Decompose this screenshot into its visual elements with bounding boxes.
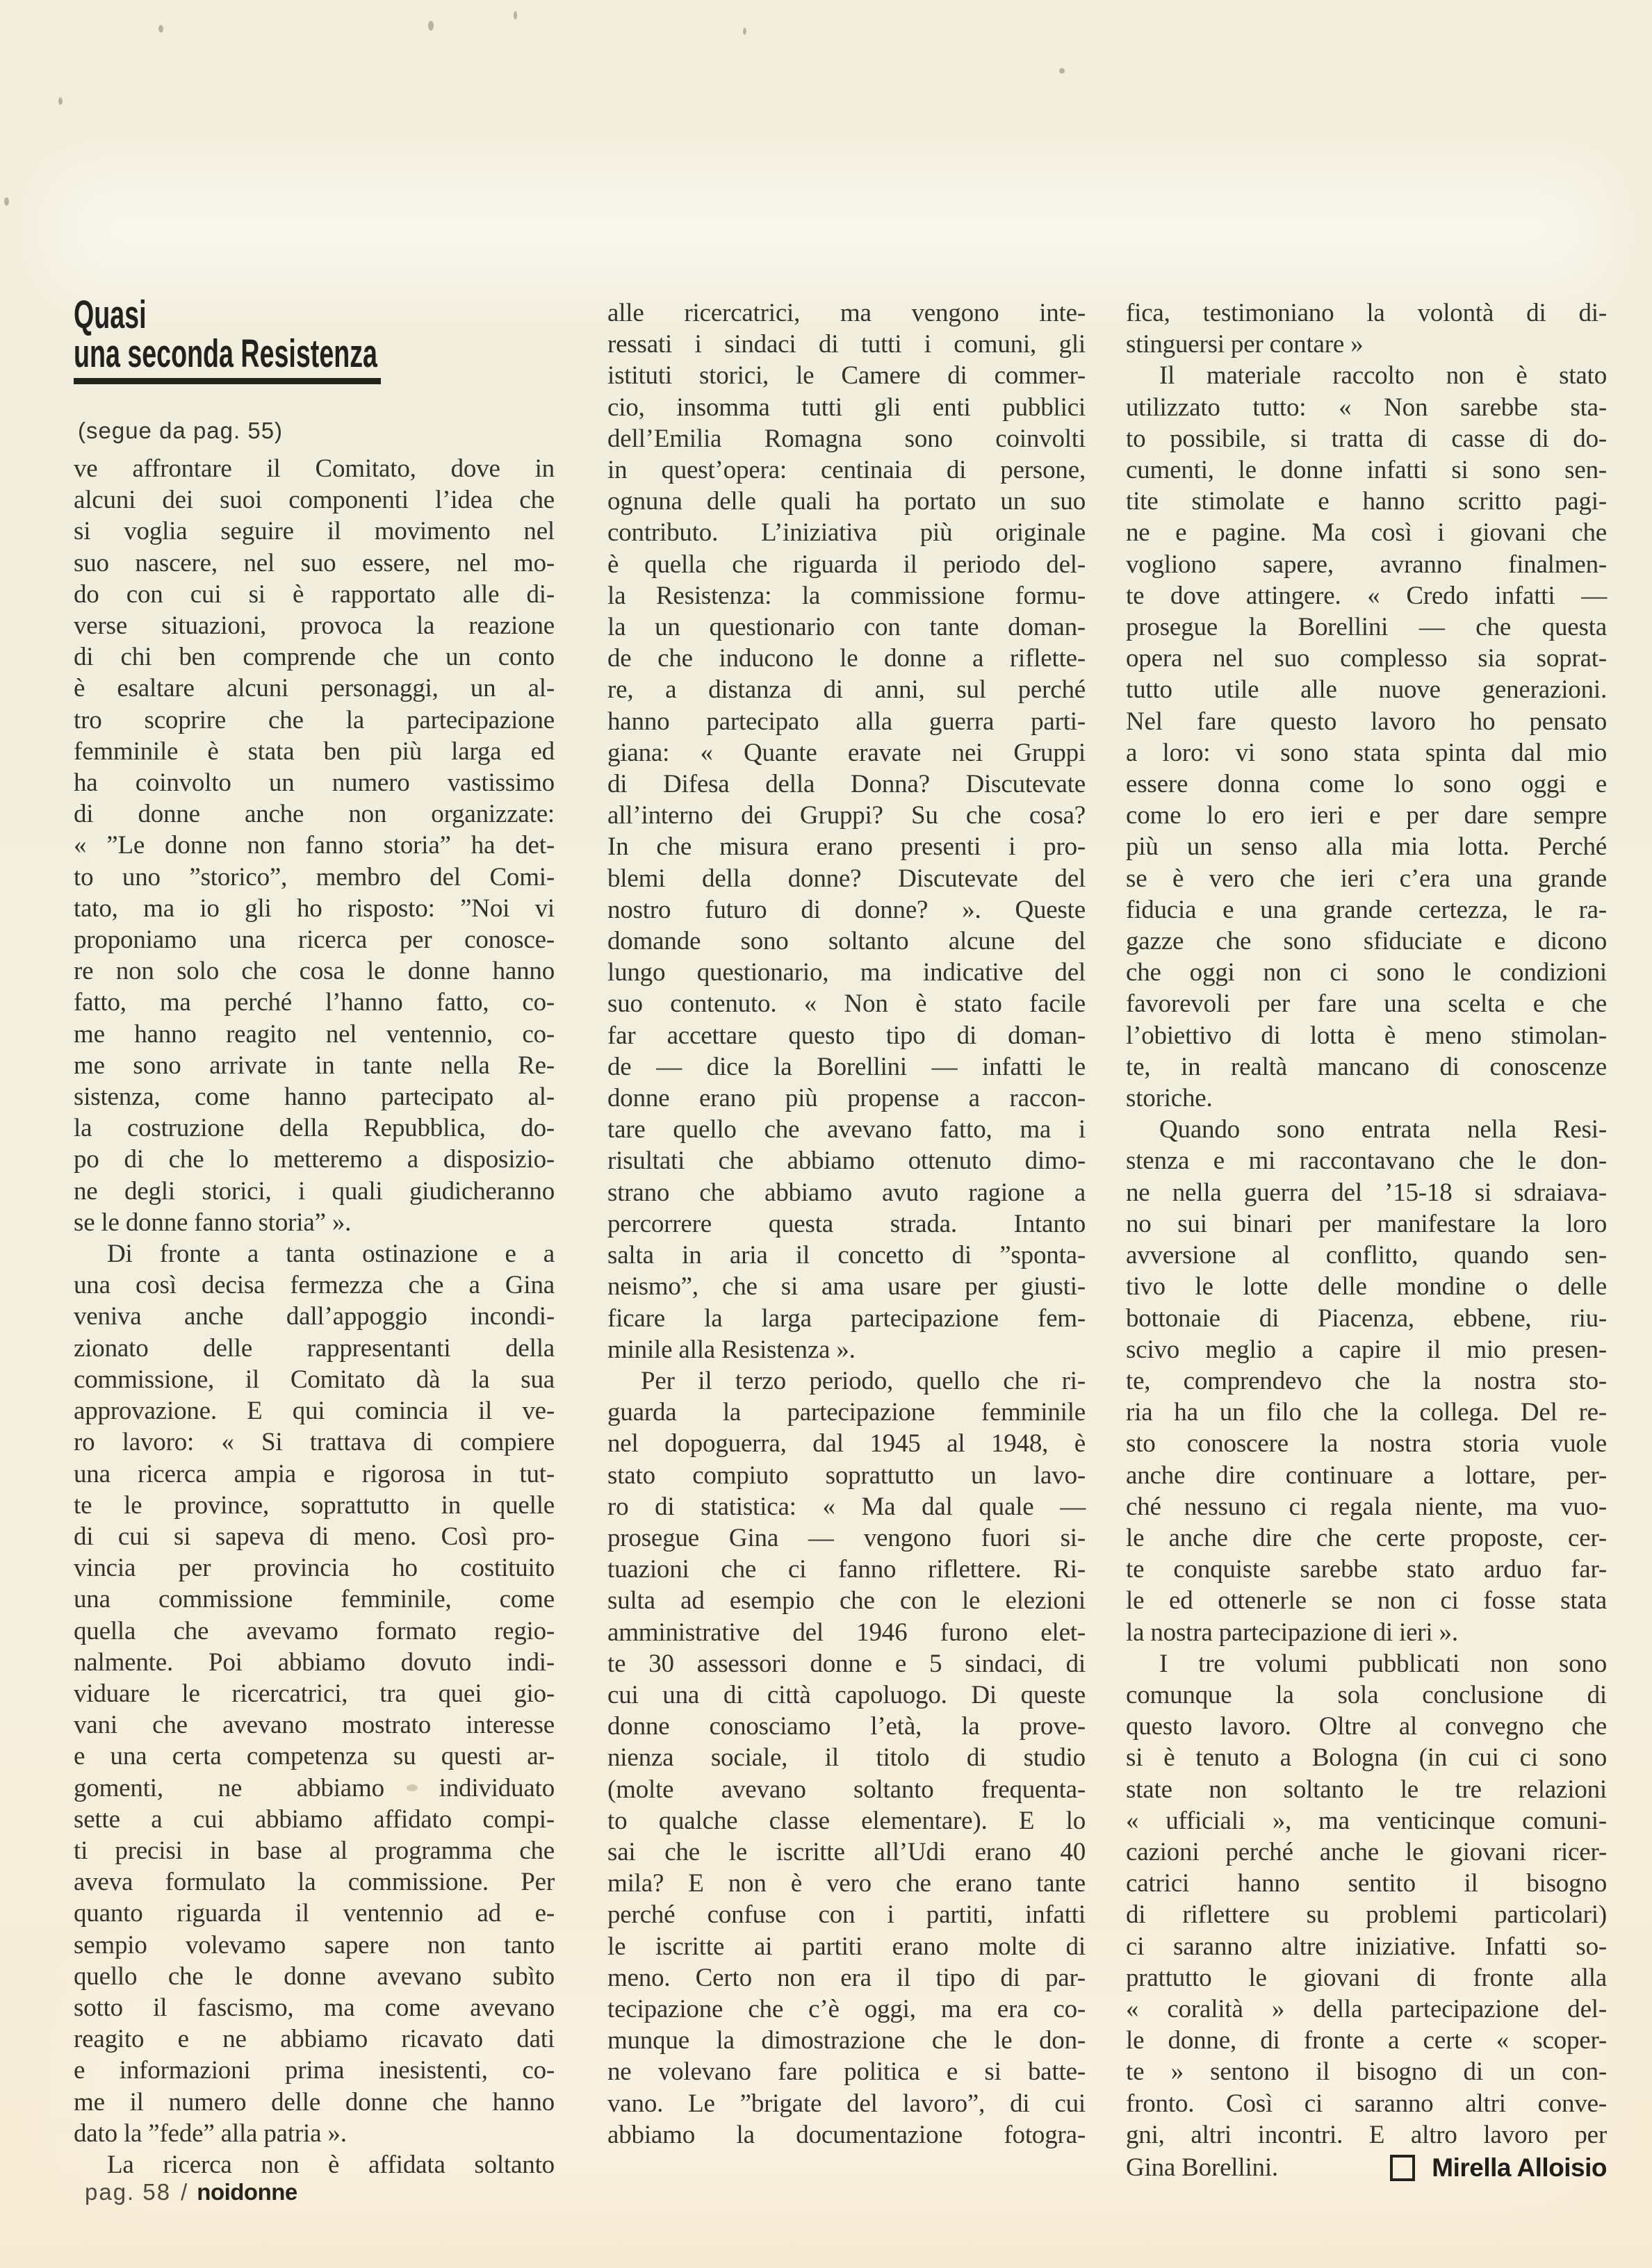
- text-line: ro di statistica: « Ma dal quale —: [607, 1491, 1086, 1522]
- text-line: te » sentono il bisogno di un con-: [1126, 2056, 1607, 2087]
- text-line: sulta ad esempio che con le elezioni: [607, 1585, 1086, 1616]
- text-line: te conquiste sarebbe stato arduo far-: [1126, 1554, 1607, 1585]
- text-line: sto conoscere la nostra storia vuole: [1126, 1428, 1607, 1459]
- text-line: si voglia seguire il movimento nel: [74, 516, 555, 547]
- text-line: dato la ”fede” alla patria ».: [74, 2118, 555, 2149]
- text-line: di cui si sapeva di meno. Così pro-: [74, 1521, 555, 1552]
- text-line: le anche dire che certe proposte, cer-: [1126, 1522, 1607, 1554]
- paper-speck: [514, 11, 517, 19]
- text-line: to uno ”storico”, membro del Comi-: [74, 862, 555, 893]
- text-line: ficare la larga partecipazione fem-: [607, 1303, 1086, 1334]
- text-line: « ”Le donne non fanno storia” ha det-: [74, 830, 555, 861]
- text-line: cio, insomma tutti gli enti pubblici: [607, 392, 1086, 423]
- text-line: cui una di città capoluogo. Di queste: [607, 1679, 1086, 1711]
- text-line: prosegue la Borellini — che questa: [1126, 611, 1607, 643]
- text-line: vogliono sapere, avranno finalmen-: [1126, 549, 1607, 580]
- text-line: cumenti, le donne infatti si sono sen-: [1126, 454, 1607, 486]
- text-line: favorevoli per fare una scelta e che: [1126, 988, 1607, 1019]
- page-footer: pag. 58 / noidonne: [85, 2179, 297, 2205]
- text-line: La ricerca non è affidata soltanto: [74, 2149, 555, 2180]
- text-line: in quest’opera: centinaia di persone,: [607, 454, 1086, 486]
- text-line: zionato delle rappresentanti della: [74, 1333, 555, 1364]
- text-line: fica, testimoniano la volontà di di-: [1126, 297, 1607, 329]
- text-line: verse situazioni, provoca la reazione: [74, 610, 555, 641]
- text-line: Il materiale raccolto non è stato: [1126, 360, 1607, 391]
- article-title-line1: Quasi: [74, 295, 377, 334]
- text-line: « ufficiali », ma venticinque comuni-: [1126, 1805, 1607, 1836]
- text-line: storiche.: [1126, 1083, 1607, 1114]
- article-title-line2: una seconda Resistenza: [74, 334, 377, 373]
- text-line: se le donne fanno storia” ».: [74, 1207, 555, 1238]
- text-line: bottonaie di Piacenza, ebbene, riu-: [1126, 1303, 1607, 1334]
- text-line: la nostra partecipazione di ieri ».: [1126, 1617, 1607, 1648]
- text-line: stato compiuto soprattutto un lavo-: [607, 1460, 1086, 1491]
- text-line: risultati che abbiamo ottenuto dimo-: [607, 1145, 1086, 1176]
- text-line: una ricerca ampia e rigorosa in tut-: [74, 1458, 555, 1490]
- paper-speck: [58, 97, 63, 105]
- text-line: suo contenuto. « Non è stato facile: [607, 988, 1086, 1019]
- text-line: contributo. L’iniziativa più originale: [607, 517, 1086, 548]
- text-line: l’obiettivo di lotta è meno stimolan-: [1126, 1020, 1607, 1051]
- text-line: me hanno reagito nel ventennio, co-: [74, 1019, 555, 1050]
- text-line: cazioni perché anche le giovani ricer-: [1126, 1836, 1607, 1868]
- text-line: all’interno dei Gruppi? Su che cosa?: [607, 800, 1086, 831]
- text-line: scivo meglio a capire il mio presen-: [1126, 1334, 1607, 1365]
- text-line: comunque la sola conclusione di: [1126, 1679, 1607, 1711]
- text-line: catrici hanno sentito il bisogno: [1126, 1868, 1607, 1899]
- text-line: percorrere questa strada. Intanto: [607, 1208, 1086, 1240]
- text-line: si è tenuto a Bologna (in cui ci sono: [1126, 1742, 1607, 1773]
- text-line: minile alla Resistenza ».: [607, 1334, 1086, 1365]
- text-line: sette a cui abbiamo affidato compi-: [74, 1804, 555, 1835]
- text-line: mila? E non è vero che erano tante: [607, 1868, 1086, 1899]
- text-line: giana: « Quante eravate nei Gruppi: [607, 737, 1086, 769]
- text-line: alcuni dei suoi componenti l’idea che: [74, 484, 555, 516]
- title-underline-rule: [74, 378, 381, 384]
- text-line: de che inducono le donne a riflette-: [607, 643, 1086, 674]
- text-line: te, comprendevo che la nostra sto-: [1126, 1365, 1607, 1397]
- text-line: questo lavoro. Oltre al convegno che: [1126, 1711, 1607, 1742]
- text-line: te dove attingere. « Credo infatti —: [1126, 580, 1607, 611]
- text-line: re, a distanza di anni, sul perché: [607, 674, 1086, 705]
- text-line: strano che abbiamo avuto ragione a: [607, 1177, 1086, 1208]
- text-column-3: fica, testimoniano la volontà di di-stin…: [1126, 297, 1607, 2184]
- text-line: ché nessuno ci regala niente, ma vuo-: [1126, 1491, 1607, 1522]
- text-line: munque la dimostrazione che le don-: [607, 2025, 1086, 2056]
- text-line: to qualche classe elementare). E lo: [607, 1805, 1086, 1836]
- text-line: ressati i sindaci di tutti i comuni, gli: [607, 329, 1086, 360]
- text-line: perché confuse con i partiti, infatti: [607, 1899, 1086, 1930]
- text-line: è quella che riguarda il periodo del-: [607, 549, 1086, 580]
- text-line: abbiamo la documentazione fotogra-: [607, 2119, 1086, 2151]
- text-line: utilizzato tutto: « Non sarebbe sta-: [1126, 392, 1607, 423]
- text-line: Nel fare questo lavoro ho pensato: [1126, 706, 1607, 737]
- text-line: le donne, di fronte a certe « scoper-: [1126, 2025, 1607, 2056]
- signature-closing-text: Gina Borellini.: [1126, 2153, 1278, 2183]
- article-title: Quasi una seconda Resistenza: [74, 295, 377, 373]
- text-line: la Resistenza: la commissione formu-: [607, 580, 1086, 611]
- text-line: ve affrontare il Comitato, dove in: [74, 453, 555, 484]
- text-line: opera nel suo complesso sia soprat-: [1126, 643, 1607, 674]
- text-line: tecipazione che c’è oggi, ma era co-: [607, 1994, 1086, 2025]
- text-line: « coralità » della partecipazione del-: [1126, 1994, 1607, 2025]
- text-line: di Difesa della Donna? Discutevate: [607, 769, 1086, 800]
- text-line: far accettare questo tipo di doman-: [607, 1020, 1086, 1051]
- text-line: meno. Certo non era il tipo di par-: [607, 1962, 1086, 1994]
- text-line: fiducia e una grande certezza, le ra-: [1126, 894, 1607, 926]
- text-line: ci saranno altre iniziative. Infatti so-: [1126, 1931, 1607, 1962]
- text-line: nostro futuro di donne? ». Queste: [607, 894, 1086, 926]
- text-line: essere donna come lo sono oggi e: [1126, 769, 1607, 800]
- text-line: me sono arrivate in tante nella Re-: [74, 1050, 555, 1081]
- text-line: po di che lo metteremo a disposizio-: [74, 1144, 555, 1175]
- text-column-2: alle ricercatrici, ma vengono inte-ressa…: [607, 297, 1086, 2151]
- text-line: approvazione. E qui comincia il ve-: [74, 1395, 555, 1427]
- text-line: la costruzione della Repubblica, do-: [74, 1112, 555, 1144]
- text-line: Per il terzo periodo, quello che ri-: [607, 1365, 1086, 1397]
- text-line: Quando sono entrata nella Resi-: [1126, 1114, 1607, 1145]
- text-line: blemi della donne? Discutevate del: [607, 863, 1086, 894]
- text-line: fronto. Così ci saranno altri conve-: [1126, 2088, 1607, 2119]
- text-line: alle ricercatrici, ma vengono inte-: [607, 297, 1086, 329]
- text-line: veniva anche dall’appoggio incondi-: [74, 1301, 555, 1332]
- text-line: tite stimolate e hanno scritto pagi-: [1126, 486, 1607, 517]
- text-line: amministrative del 1946 furono elet-: [607, 1617, 1086, 1648]
- text-column-1: ve affrontare il Comitato, dove inalcuni…: [74, 453, 555, 2180]
- signature-author-group: Mirella Alloisio: [1390, 2153, 1607, 2183]
- text-line: domande sono soltanto alcune del: [607, 926, 1086, 957]
- paper-speck: [1059, 68, 1065, 74]
- text-line: tuazioni che ci fanno riflettere. Ri-: [607, 1554, 1086, 1585]
- text-line: una così decisa fermezza che a Gina: [74, 1269, 555, 1301]
- text-line: nienza sociale, il titolo di studio: [607, 1742, 1086, 1773]
- text-line: In che misura erano presenti i pro-: [607, 831, 1086, 862]
- text-line: aveva formulato la commissione. Per: [74, 1866, 555, 1898]
- text-line: do con cui si è rapportato alle di-: [74, 579, 555, 610]
- text-line: tivo le lotte delle mondine o delle: [1126, 1271, 1607, 1302]
- magazine-page: Quasi una seconda Resistenza (segue da p…: [0, 0, 1652, 2268]
- text-line: ognuna delle quali ha portato un suo: [607, 486, 1086, 517]
- text-line: ne volevano fare politica e si batte-: [607, 2056, 1086, 2087]
- text-line: e una certa competenza su questi ar-: [74, 1741, 555, 1772]
- text-line: tro scoprire che la partecipazione: [74, 705, 555, 736]
- text-line: reagito e ne abbiamo ricavato dati: [74, 2023, 555, 2055]
- text-line: state non soltanto le tre relazioni: [1126, 1774, 1607, 1805]
- text-line: proponiamo una ricerca per conosce-: [74, 924, 555, 955]
- text-line: vani che avevano mostrato interesse: [74, 1709, 555, 1741]
- text-line: ti precisi in base al programma che: [74, 1835, 555, 1866]
- text-line: stinguersi per contare »: [1126, 329, 1607, 360]
- text-line: anche dire continuare a lottare, per-: [1126, 1460, 1607, 1491]
- text-line: donne erano più propense a raccon-: [607, 1083, 1086, 1114]
- text-line: tare quello che avevano fatto, ma i: [607, 1114, 1086, 1145]
- text-line: prattutto le giovani di fronte alla: [1126, 1962, 1607, 1994]
- text-line: le ed ottenerle se non ci fosse stata: [1126, 1585, 1607, 1616]
- paper-speck: [158, 25, 163, 33]
- text-line: sai che le iscritte all’Udi erano 40: [607, 1836, 1086, 1868]
- text-line: ha coinvolto un numero vastissimo: [74, 767, 555, 798]
- text-line: Di fronte a tanta ostinazione e a: [74, 1238, 555, 1269]
- text-line: guarda la partecipazione femminile: [607, 1397, 1086, 1428]
- text-line: commissione, il Comitato dà la sua: [74, 1364, 555, 1395]
- text-line: tato, ma io gli ho risposto: ”Noi vi: [74, 893, 555, 924]
- text-line: fatto, ma perché l’hanno fatto, co-: [74, 987, 555, 1018]
- text-line: gazze che sono sfiduciate e dicono: [1126, 926, 1607, 957]
- text-line: quanto riguarda il ventennio ad e-: [74, 1898, 555, 1929]
- text-line: dell’Emilia Romagna sono coinvolti: [607, 423, 1086, 454]
- text-line: no sui binari per manifestare la loro: [1126, 1208, 1607, 1240]
- text-line: se è vero che ieri c’era una grande: [1126, 863, 1607, 894]
- text-line: salta in aria il concetto di ”sponta-: [607, 1240, 1086, 1271]
- text-line: e informazioni prima inesistenti, co-: [74, 2055, 555, 2086]
- magazine-logo: noidonne: [197, 2179, 297, 2205]
- text-line: I tre volumi pubblicati non sono: [1126, 1648, 1607, 1679]
- text-line: stenza e mi raccontavano che le don-: [1126, 1145, 1607, 1176]
- text-line: di riflettere su problemi particolari): [1126, 1899, 1607, 1930]
- text-line: neismo”, che si ama usare per giusti-: [607, 1271, 1086, 1302]
- text-line: prosegue Gina — vengono fuori si-: [607, 1522, 1086, 1554]
- text-line: ne nella guerra del ’15-18 si sdraiava-: [1126, 1177, 1607, 1208]
- text-line: nalmente. Poi abbiamo dovuto indi-: [74, 1647, 555, 1678]
- text-line: di chi ben comprende che un conto: [74, 641, 555, 673]
- text-line: sistenza, come hanno partecipato al-: [74, 1081, 555, 1112]
- text-line: tutto utile alle nuove generazioni.: [1126, 674, 1607, 705]
- text-line: ro lavoro: « Si trattava di compiere: [74, 1427, 555, 1458]
- text-line: to possibile, si tratta di casse di do-: [1126, 423, 1607, 454]
- page-number: pag. 58: [85, 2179, 171, 2205]
- text-line: come lo ero ieri e per dare sempre: [1126, 800, 1607, 831]
- text-line: hanno partecipato alla guerra parti-: [607, 706, 1086, 737]
- text-line: femminile è stata ben più larga ed: [74, 736, 555, 767]
- text-line: gomenti, ne abbiamo individuato: [74, 1773, 555, 1804]
- text-line: nel dopoguerra, dal 1945 al 1948, è: [607, 1428, 1086, 1459]
- text-line: ne e pagine. Ma così i giovani che: [1126, 517, 1607, 548]
- showthrough-ghost: [56, 174, 1598, 285]
- text-line: sempio volevamo sapere non tanto: [74, 1930, 555, 1961]
- text-line: donne conosciamo l’età, la prove-: [607, 1711, 1086, 1742]
- text-line: istituti storici, le Camere di commer-: [607, 360, 1086, 391]
- text-line: re non solo che cosa le donne hanno: [74, 955, 555, 987]
- text-line: vano. Le ”brigate del lavoro”, di cui: [607, 2088, 1086, 2119]
- text-line: ne degli storici, i quali giudicheranno: [74, 1176, 555, 1207]
- text-line: te, in realtà mancano di conoscenze: [1126, 1051, 1607, 1083]
- text-line: avversione al conflitto, quando sen-: [1126, 1240, 1607, 1271]
- continuation-note: (segue da pag. 55): [78, 418, 283, 444]
- text-line: quella che avevamo formato regio-: [74, 1616, 555, 1647]
- text-line: lungo questionario, ma indicative del: [607, 957, 1086, 988]
- text-line: a loro: vi sono stata spinta dal mio: [1126, 737, 1607, 769]
- empty-square-icon: [1390, 2155, 1415, 2181]
- text-line: de — dice la Borellini — infatti le: [607, 1051, 1086, 1083]
- text-line: le iscritte ai partiti erano molte di: [607, 1931, 1086, 1962]
- paper-speck: [428, 21, 434, 31]
- text-line: te le province, soprattutto in quelle: [74, 1490, 555, 1521]
- text-line: gni, altri incontri. E altro lavoro per: [1126, 2119, 1607, 2151]
- text-line: te 30 assessori donne e 5 sindaci, di: [607, 1648, 1086, 1679]
- text-line: quello che le donne avevano subìto: [74, 1961, 555, 1992]
- text-line: sotto il fascismo, ma come avevano: [74, 1992, 555, 2023]
- text-line: che oggi non ci sono le condizioni: [1126, 957, 1607, 988]
- text-line: più un senso alla mia lotta. Perché: [1126, 831, 1607, 862]
- text-line: è esaltare alcuni personaggi, un al-: [74, 673, 555, 704]
- text-line: di donne anche non organizzate:: [74, 798, 555, 830]
- text-line: vincia per provincia ho costituito: [74, 1552, 555, 1584]
- text-line: suo nascere, nel suo essere, nel mo-: [74, 548, 555, 579]
- text-line: viduare le ricercatrici, tra quei gio-: [74, 1678, 555, 1709]
- text-line: la un questionario con tante doman-: [607, 611, 1086, 643]
- signature-row: Gina Borellini.Mirella Alloisio: [1126, 2152, 1607, 2184]
- text-line: (molte avevano soltanto frequenta-: [607, 1774, 1086, 1805]
- text-line: ria ha un filo che la collega. Del re-: [1126, 1397, 1607, 1428]
- footer-separator: /: [181, 2179, 187, 2205]
- paper-speck: [4, 197, 9, 206]
- author-name: Mirella Alloisio: [1432, 2153, 1607, 2183]
- text-line: me il numero delle donne che hanno: [74, 2087, 555, 2118]
- paper-speck: [743, 28, 746, 35]
- text-line: una commissione femminile, come: [74, 1584, 555, 1615]
